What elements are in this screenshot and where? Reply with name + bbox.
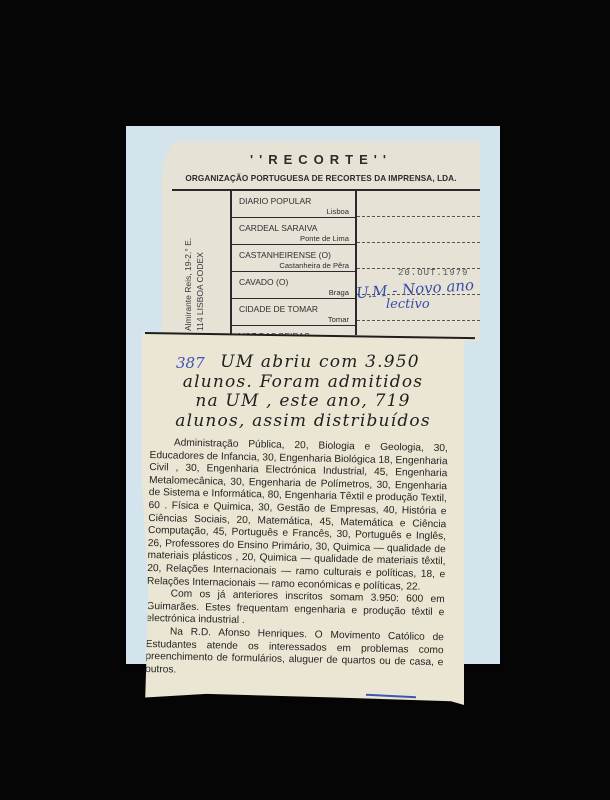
publication-city: Ponte de Lima xyxy=(300,234,349,243)
publication-row: CAVADO (O) Braga xyxy=(232,272,355,299)
publication-city: Lisboa xyxy=(327,207,349,216)
slip-title: ''RECORTE'' xyxy=(162,152,480,167)
publication-row: CARDEAL SARAIVA Ponte de Lima xyxy=(232,218,355,245)
article-body: Administração Pública, 20, Biologia e Ge… xyxy=(145,437,448,682)
publication-name: CIDADE DE TOMAR xyxy=(239,304,318,314)
divider xyxy=(357,217,480,243)
slip-subtitle: ORGANIZAÇÃO PORTUGUESA DE RECORTES DA IM… xyxy=(162,174,480,183)
paragraph: Na R.D. Afonso Henriques. O Movimento Ca… xyxy=(145,626,444,683)
headline-line: UM abriu com 3.950 xyxy=(142,353,464,373)
divider xyxy=(357,191,480,217)
headline-line: na UM , este ano, 719 xyxy=(142,392,464,412)
address-line: Almirante Reis, 19-2.° E. xyxy=(182,238,194,331)
headline-line: alunos, assim distribuídos xyxy=(142,412,464,432)
publication-row: CIDADE DE TOMAR Tomar xyxy=(232,299,355,326)
headline-line: alunos. Foram admitidos xyxy=(142,373,464,393)
address-line: 114 LISBOA CODEX xyxy=(194,238,206,331)
paragraph: Com os já anteriores inscritos somam 3.9… xyxy=(146,588,445,632)
publication-list: DIARIO POPULAR Lisboa CARDEAL SARAIVA Po… xyxy=(232,191,355,352)
publication-name: CAVADO (O) xyxy=(239,277,288,287)
paragraph: Administração Pública, 20, Biologia e Ge… xyxy=(147,437,448,594)
divider xyxy=(357,243,480,269)
publication-row: DIARIO POPULAR Lisboa xyxy=(232,191,355,218)
publication-city: Castanheira de Pêra xyxy=(279,261,349,270)
handwritten-note: lectivo xyxy=(386,297,430,312)
headline: UM abriu com 3.950 alunos. Foram admitid… xyxy=(142,353,464,431)
publication-name: CASTANHEIRENSE (O) xyxy=(239,250,331,260)
publication-city: Braga xyxy=(329,288,349,297)
newspaper-clipping: 387 UM abriu com 3.950 alunos. Foram adm… xyxy=(142,333,464,705)
address-block: Almirante Reis, 19-2.° E. 114 LISBOA COD… xyxy=(182,238,206,331)
publication-name: CARDEAL SARAIVA xyxy=(239,223,317,233)
publication-name: DIARIO POPULAR xyxy=(239,196,311,206)
publication-row: CASTANHEIRENSE (O) Castanheira de Pêra xyxy=(232,245,355,272)
publication-city: Tomar xyxy=(328,315,349,324)
recorte-slip: ''RECORTE'' ORGANIZAÇÃO PORTUGUESA DE RE… xyxy=(162,141,480,341)
